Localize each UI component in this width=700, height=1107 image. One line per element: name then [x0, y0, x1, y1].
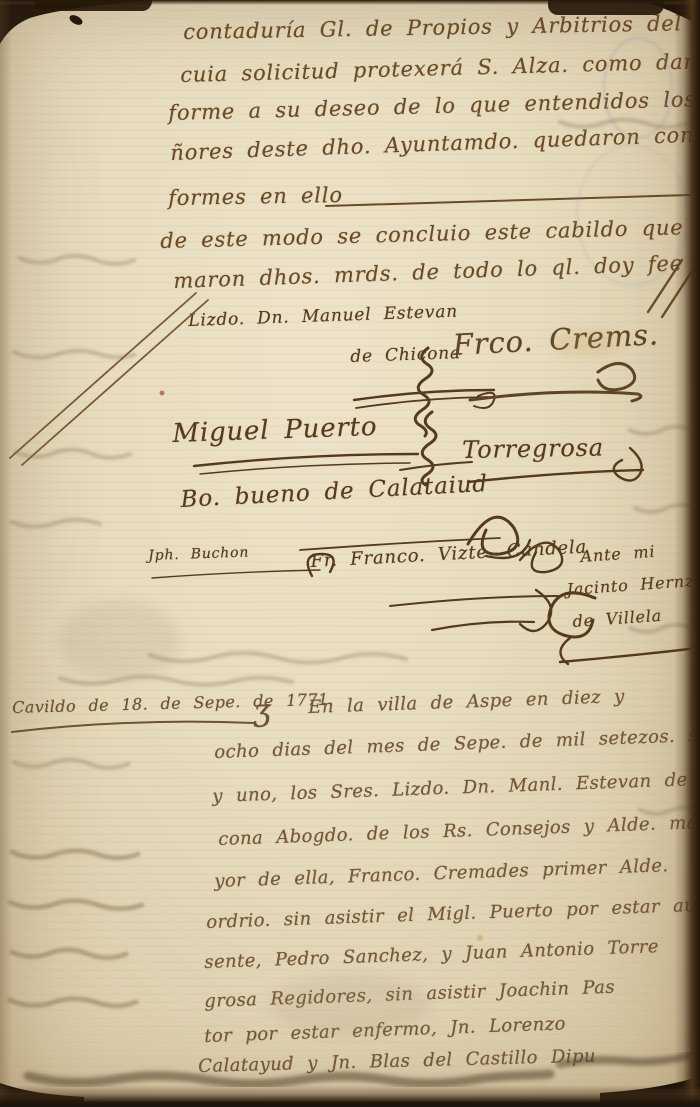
page-edge-notch [34, 0, 152, 11]
paper-stain [60, 600, 180, 680]
signature-candela: Fr. Franco. Vizte. Candela [310, 537, 588, 572]
session-brace: ʒ [252, 693, 272, 729]
session-heading: Cavildo de 18. de Sepe. de 1771. [12, 690, 334, 717]
rubric-buchon [152, 570, 320, 578]
manuscript-page: contaduría Gl. de Propios y Arbitrios de… [0, 0, 700, 1107]
session-line: cona Abogdo. de los Rs. Consejos y Alde.… [218, 812, 698, 850]
session-line: sente, Pedro Sanchez, y Juan Antonio Tor… [204, 936, 659, 973]
session-line: Calatayud y Jn. Blas del Castillo Dipu [198, 1046, 596, 1077]
opening-line: cuia solicitud protexerá S. Alza. como d… [180, 48, 700, 87]
session-heading-underline [12, 722, 254, 732]
signature-villela-line2: de Villela [572, 606, 663, 631]
page-edge-right [674, 0, 700, 1107]
page-edge-bottom [0, 1085, 700, 1107]
signature-chicona-line2: de Chicona [350, 343, 461, 367]
opening-line: ñores deste dho. Ayuntamdo. quedaron con [170, 123, 695, 165]
paragraph-end-rule [326, 195, 690, 206]
rubric-villela [432, 593, 698, 664]
opening-line: contaduría Gl. de Propios y Arbitrios de… [183, 10, 700, 44]
signature-buchon: Jph. Buchon [148, 544, 249, 564]
opening-line: formes en ello [168, 183, 343, 210]
session-line: yor de ella, Franco. Cremades primer Ald… [214, 855, 669, 892]
opening-line: forme a su deseo de lo que entendidos lo… [168, 86, 700, 125]
signature-crems: Frco. Crems. [452, 317, 660, 362]
session-line: ordrio. sin asistir el Migl. Puerto por … [206, 895, 696, 933]
signature-torregrosa: Torregrosa [462, 434, 604, 464]
signature-calataiud: Bo. bueno de Calataiud [180, 471, 489, 513]
signature-villela-name: Jacinto Hernz. [566, 571, 700, 599]
rubric-crems [470, 363, 641, 401]
bleed-through-ghost-text-strong [10, 851, 142, 1006]
page-edge-left [0, 0, 12, 1107]
closing-line: de este modo se concluio este cabildo qu… [160, 214, 700, 253]
signature-chicona: Lizdo. Dn. Manuel Estevan [188, 302, 458, 331]
session-line: grosa Regidores, sin asistir Joachin Pas [204, 977, 615, 1012]
page-edge-notch [548, 0, 664, 15]
session-line: tor por estar enfermo, Jn. Lorenzo [204, 1013, 566, 1047]
session-line: En la villa de Aspe en diez y [308, 686, 625, 718]
signature-puerto: Miguel Puerto [172, 412, 378, 449]
session-line: y uno, los Sres. Lizdo. Dn. Manl. Esteva… [212, 768, 700, 807]
session-line: ocho dias del mes de Sepe. de mil setezo… [214, 723, 700, 763]
signature-villela-ante-mi: Ante mi [580, 542, 656, 566]
closing-line: maron dhos. mrds. de todo lo ql. doy fee… [173, 250, 700, 293]
